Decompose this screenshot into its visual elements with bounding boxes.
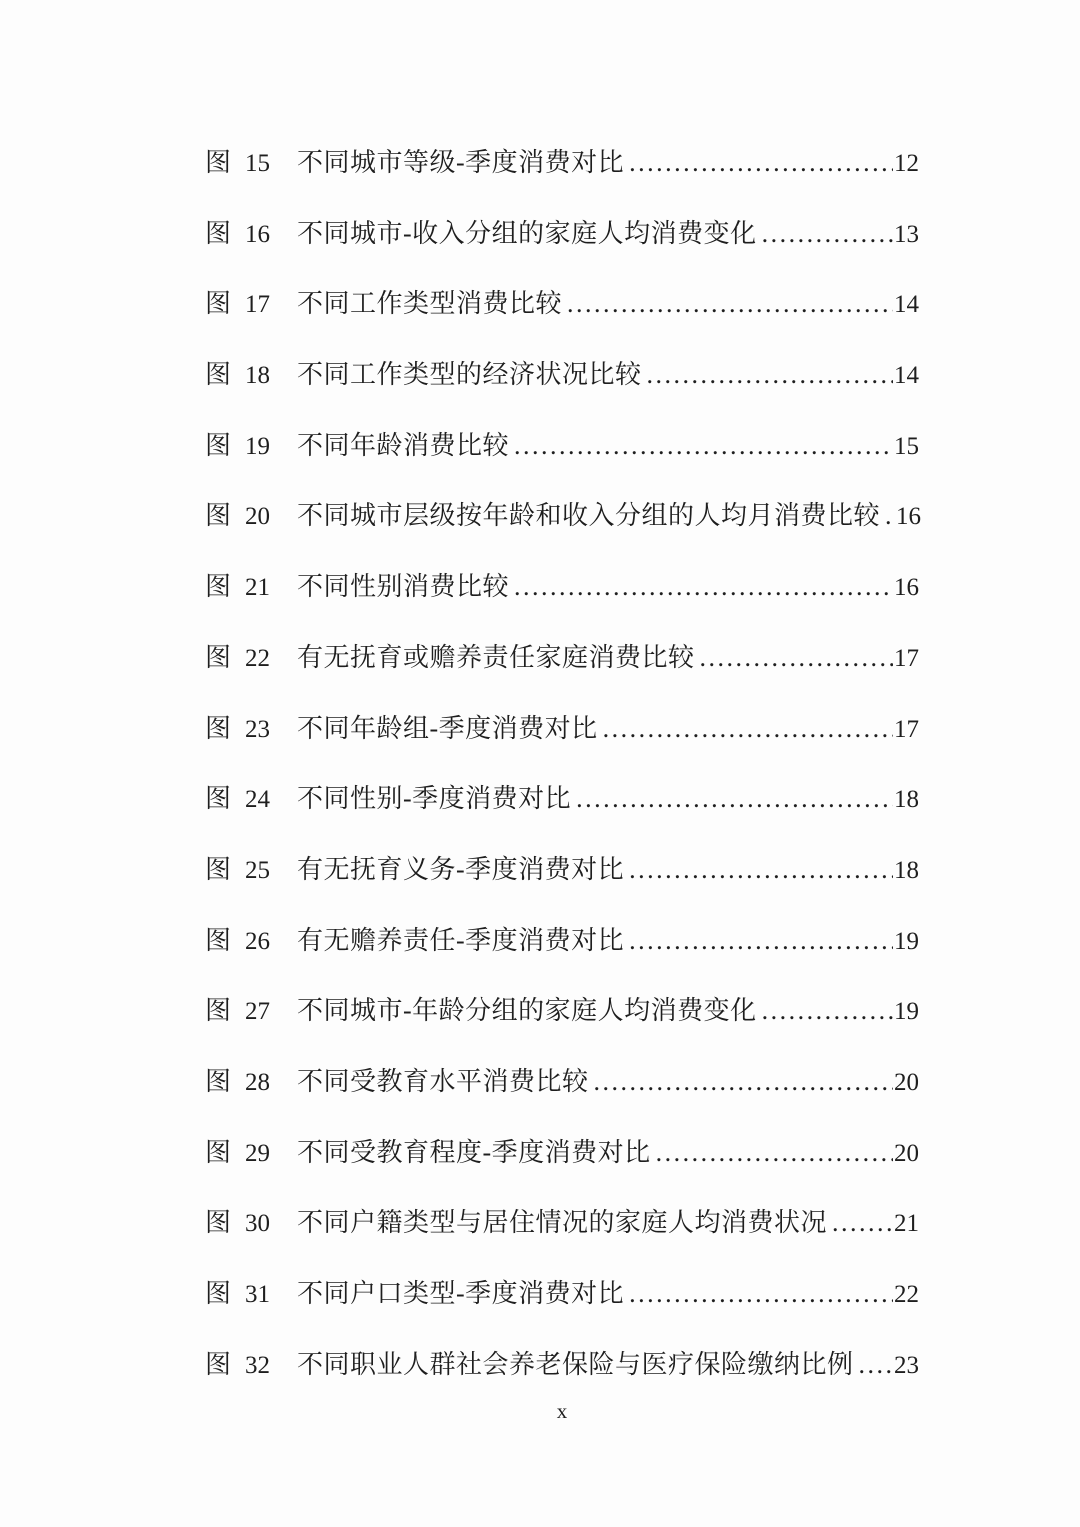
figure-number: 26 [245, 907, 297, 978]
figure-number: 17 [245, 270, 297, 341]
dot-leader: ........................................… [514, 411, 893, 482]
toc-entry: 图 17 不同工作类型消费比较 ........................… [205, 269, 919, 340]
figure-label: 图 [205, 269, 245, 340]
figure-number: 25 [245, 836, 297, 907]
figure-title: 不同职业人群社会养老保险与医疗保险缴纳比例 [297, 1330, 854, 1401]
toc-entry: 图 28 不同受教育水平消费比较 .......................… [205, 1047, 919, 1118]
toc-page-number: 17 [894, 695, 919, 766]
figure-label: 图 [205, 1188, 245, 1259]
figures-toc-list: 图 15 不同城市等级-季度消费对比 .....................… [205, 128, 919, 1400]
toc-entry: 图 32 不同职业人群社会养老保险与医疗保险缴纳比例 .............… [205, 1330, 919, 1401]
toc-entry: 图 27 不同城市-年龄分组的家庭人均消费变化 ................… [205, 976, 919, 1047]
figure-number: 23 [245, 695, 297, 766]
dot-leader: ........................................… [656, 1118, 893, 1189]
figure-number: 21 [245, 553, 297, 624]
dot-leader: ........................................… [629, 906, 893, 977]
figure-number: 18 [245, 341, 297, 412]
figure-title: 不同城市等级-季度消费对比 [297, 128, 624, 199]
figure-label: 图 [205, 199, 245, 270]
figure-label: 图 [205, 1259, 245, 1330]
toc-entry: 图 18 不同工作类型的经济状况比较 .....................… [205, 340, 919, 411]
toc-page-number: 14 [894, 341, 919, 412]
dot-leader: ........................................… [762, 199, 893, 270]
figure-title: 有无抚育义务-季度消费对比 [297, 835, 624, 906]
dot-leader: ........................................… [603, 694, 893, 765]
toc-page-number: 16 [896, 482, 921, 553]
toc-entry: 图 25 有无抚育义务-季度消费对比 .....................… [205, 835, 919, 906]
figure-label: 图 [205, 1118, 245, 1189]
figure-number: 27 [245, 977, 297, 1048]
figure-title: 不同工作类型消费比较 [297, 269, 562, 340]
figure-number: 16 [245, 200, 297, 271]
dot-leader: ........................................… [647, 340, 893, 411]
figure-title: 不同性别-季度消费对比 [297, 764, 571, 835]
toc-entry: 图 16 不同城市-收入分组的家庭人均消费变化 ................… [205, 199, 919, 270]
toc-page-number: 13 [894, 200, 919, 271]
dot-leader: ........................................… [629, 835, 893, 906]
figure-label: 图 [205, 340, 245, 411]
dot-leader: ........................................… [885, 481, 895, 552]
dot-leader: ........................................… [629, 1259, 893, 1330]
figure-title: 有无赡养责任-季度消费对比 [297, 906, 624, 977]
toc-entry: 图 15 不同城市等级-季度消费对比 .....................… [205, 128, 919, 199]
toc-page-number: 21 [894, 1189, 919, 1260]
figure-title: 不同受教育程度-季度消费对比 [297, 1118, 651, 1189]
figure-number: 32 [245, 1331, 297, 1402]
toc-entry: 图 22 有无抚育或赡养责任家庭消费比较 ...................… [205, 623, 919, 694]
toc-page-number: 18 [894, 836, 919, 907]
figure-label: 图 [205, 976, 245, 1047]
toc-page-number: 20 [894, 1119, 919, 1190]
figure-title: 有无抚育或赡养责任家庭消费比较 [297, 623, 695, 694]
figure-number: 22 [245, 624, 297, 695]
figure-number: 24 [245, 765, 297, 836]
figure-title: 不同城市-年龄分组的家庭人均消费变化 [297, 976, 757, 1047]
toc-entry: 图 29 不同受教育程度-季度消费对比 ....................… [205, 1118, 919, 1189]
toc-page-number: 14 [894, 270, 919, 341]
figure-label: 图 [205, 481, 245, 552]
toc-entry: 图 19 不同年龄消费比较 ..........................… [205, 411, 919, 482]
toc-page-number: 19 [894, 907, 919, 978]
figure-number: 20 [245, 482, 297, 553]
figure-title: 不同户籍类型与居住情况的家庭人均消费状况 [297, 1188, 827, 1259]
toc-entry: 图 31 不同户口类型-季度消费对比 .....................… [205, 1259, 919, 1330]
figure-label: 图 [205, 906, 245, 977]
figure-number: 31 [245, 1260, 297, 1331]
dot-leader: ........................................… [762, 976, 893, 1047]
dot-leader: ........................................… [700, 623, 893, 694]
figure-number: 28 [245, 1048, 297, 1119]
toc-page-number: 17 [894, 624, 919, 695]
dot-leader: ........................................… [594, 1047, 893, 1118]
toc-page-number: 16 [894, 553, 919, 624]
toc-page-number: 19 [894, 977, 919, 1048]
dot-leader: ........................................… [514, 552, 893, 623]
toc-page-number: 18 [894, 765, 919, 836]
toc-entry: 图 23 不同年龄组-季度消费对比 ......................… [205, 694, 919, 765]
toc-page-number: 15 [894, 412, 919, 483]
figure-label: 图 [205, 552, 245, 623]
figure-label: 图 [205, 835, 245, 906]
toc-entry: 图 26 有无赡养责任-季度消费对比 .....................… [205, 906, 919, 977]
dot-leader: ........................................… [832, 1188, 893, 1259]
toc-page-number: 20 [894, 1048, 919, 1119]
toc-page-number: 12 [894, 129, 919, 200]
figure-label: 图 [205, 411, 245, 482]
figure-label: 图 [205, 1047, 245, 1118]
document-page: 图 15 不同城市等级-季度消费对比 .....................… [0, 0, 1080, 1527]
figure-title: 不同城市层级按年龄和收入分组的人均月消费比较 [297, 481, 880, 552]
figure-number: 19 [245, 412, 297, 483]
figure-title: 不同受教育水平消费比较 [297, 1047, 589, 1118]
figure-title: 不同年龄组-季度消费对比 [297, 694, 598, 765]
figure-number: 15 [245, 129, 297, 200]
toc-page-number: 22 [894, 1260, 919, 1331]
toc-page-number: 23 [894, 1331, 919, 1402]
dot-leader: ........................................… [576, 764, 893, 835]
dot-leader: ........................................… [567, 269, 893, 340]
toc-entry: 图 20 不同城市层级按年龄和收入分组的人均月消费比较 ............… [205, 481, 919, 552]
figure-title: 不同城市-收入分组的家庭人均消费变化 [297, 199, 757, 270]
figure-title: 不同年龄消费比较 [297, 411, 509, 482]
dot-leader: ........................................… [859, 1330, 893, 1401]
figure-number: 30 [245, 1189, 297, 1260]
dot-leader: ........................................… [629, 128, 893, 199]
figure-title: 不同工作类型的经济状况比较 [297, 340, 642, 411]
page-number-footer: x [205, 1396, 919, 1426]
figure-number: 29 [245, 1119, 297, 1190]
figure-label: 图 [205, 1330, 245, 1401]
figure-title: 不同性别消费比较 [297, 552, 509, 623]
figure-label: 图 [205, 764, 245, 835]
toc-entry: 图 21 不同性别消费比较 ..........................… [205, 552, 919, 623]
figure-title: 不同户口类型-季度消费对比 [297, 1259, 624, 1330]
figure-label: 图 [205, 694, 245, 765]
figure-label: 图 [205, 623, 245, 694]
toc-entry: 图 24 不同性别-季度消费对比 .......................… [205, 764, 919, 835]
figure-label: 图 [205, 128, 245, 199]
toc-entry: 图 30 不同户籍类型与居住情况的家庭人均消费状况 ..............… [205, 1188, 919, 1259]
